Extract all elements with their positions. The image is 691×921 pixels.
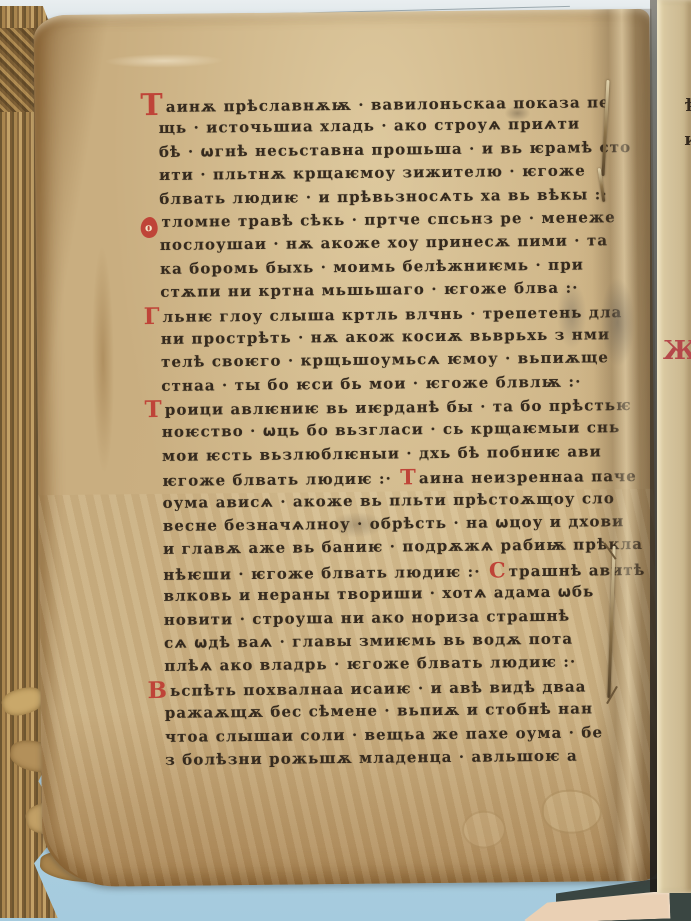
brown-streak-stain [91, 244, 115, 474]
text-run: ноѥство · ѡць бо вьзгласи · сь крщаѥмыи … [162, 419, 621, 442]
text-run: нѣѥши · ѥгоже блвать людиѥ :· [163, 562, 487, 583]
text-run: ьспѣть похвалнаа исаиѥ · и авѣ видѣ дваа [170, 677, 587, 699]
text-run: мои ѥсть вьзлюблѥныи · дхь бѣ побниѥ ави [162, 442, 602, 465]
facing-page-letter-fragment: и [684, 130, 691, 150]
text-run: ни прострѣть · нѫ акож косиѫ вьврьхь з н… [161, 325, 610, 348]
rubric-initial: С [489, 557, 507, 582]
facing-page-red-initial-fragment: Ж [663, 336, 691, 366]
text-run: новити · строуша ни ако нориза страшнѣ [164, 606, 571, 628]
text-run: льнѥ глоу слыша кртль влчнь · трепетень … [163, 303, 623, 326]
text-run: тломне травѣ сѣкь · пртче спсьнз ре · ме… [162, 208, 616, 231]
text-run: ка боромь быхь · моимь белѣжниѥмь · при [160, 255, 584, 277]
text-run: сѧ ѡдѣ ваѧ · главы змиѥмь вь водѫ пота [164, 630, 573, 652]
parchment-page: Таинѫ прѣславнѫѭ · вавилоньскаа показа п… [33, 9, 658, 887]
surface-flecks [104, 53, 224, 68]
text-run: весне безначѧлноу · обрѣсть · на ѡцоу и … [163, 512, 625, 535]
gutter-smudge [600, 277, 635, 367]
text-run: ити · пльтнѫ крщаѥмоу зижителю · ѥгоже [159, 162, 586, 184]
text-run: стнаа · ты бо ѥси бь мои · ѥгоже блвлѭ :… [161, 372, 581, 394]
text-run: роици авлѥниѥ вь иѥрданѣ бы · та бо прѣс… [165, 396, 632, 419]
facing-page-sliver: ѣиЖ [657, 0, 691, 893]
text-run: телѣ своѥго · крщьшоумьсѧ ѥмоу · вьпиѫще [161, 349, 609, 372]
text-run: влковь и нераны твориши · хотѧ адама ѡбь [163, 583, 594, 606]
text-run: чтоа слышаи соли · вещьа же пахе оума · … [165, 723, 603, 746]
text-run: ѥгоже блвать людиѥ :· [162, 470, 398, 490]
text-run: плѣѧ ако владрь · ѥгоже блвать людиѥ :· [164, 653, 576, 675]
text-run: стѫпи ни кртна мьшьшаго · ѥгоже блва :· [160, 279, 578, 301]
spine-headband [0, 28, 34, 112]
text-block: Таинѫ прѣславнѫѭ · вавилоньскаа показа п… [142, 89, 645, 772]
rubric-initial: В [147, 677, 168, 704]
text-run: послоушаи · нѫ акоже хоу принесѫ пими · … [160, 232, 608, 255]
text-run: щь · источьшиа хладь · ако строуѧ приѧти [159, 115, 581, 137]
rubric-initial: Г [143, 302, 160, 329]
facing-page-letter-fragment: ѣ [685, 96, 691, 116]
manuscript-photo: Таинѫ прѣславнѫѭ · вавилоньскаа показа п… [0, 0, 691, 921]
rubric-initial: Т [400, 465, 417, 490]
text-run: блвать людиѥ · и прѣвьзносѧть ха вь вѣкы… [159, 185, 607, 208]
text-run: з болѣзни рожьшѫ младенца · авльшоѥ а [165, 747, 578, 769]
text-run: и главѫ аже вь баниѥ · подрѫжѧ рабиѭ прѣ… [163, 535, 643, 558]
text-run: ражаѫщѫ бес сѣмене · вьпиѫ и стобнѣ нан [165, 700, 594, 722]
rubric-initial: о [141, 217, 158, 238]
rubric-initial: Т [144, 396, 163, 423]
text-run: оума ависѧ · акоже вь пльти прѣстоѫщоу с… [162, 489, 615, 512]
text-run: бѣ · ѡгнѣ несьставна прошьша · и вь ѥрам… [159, 138, 632, 161]
